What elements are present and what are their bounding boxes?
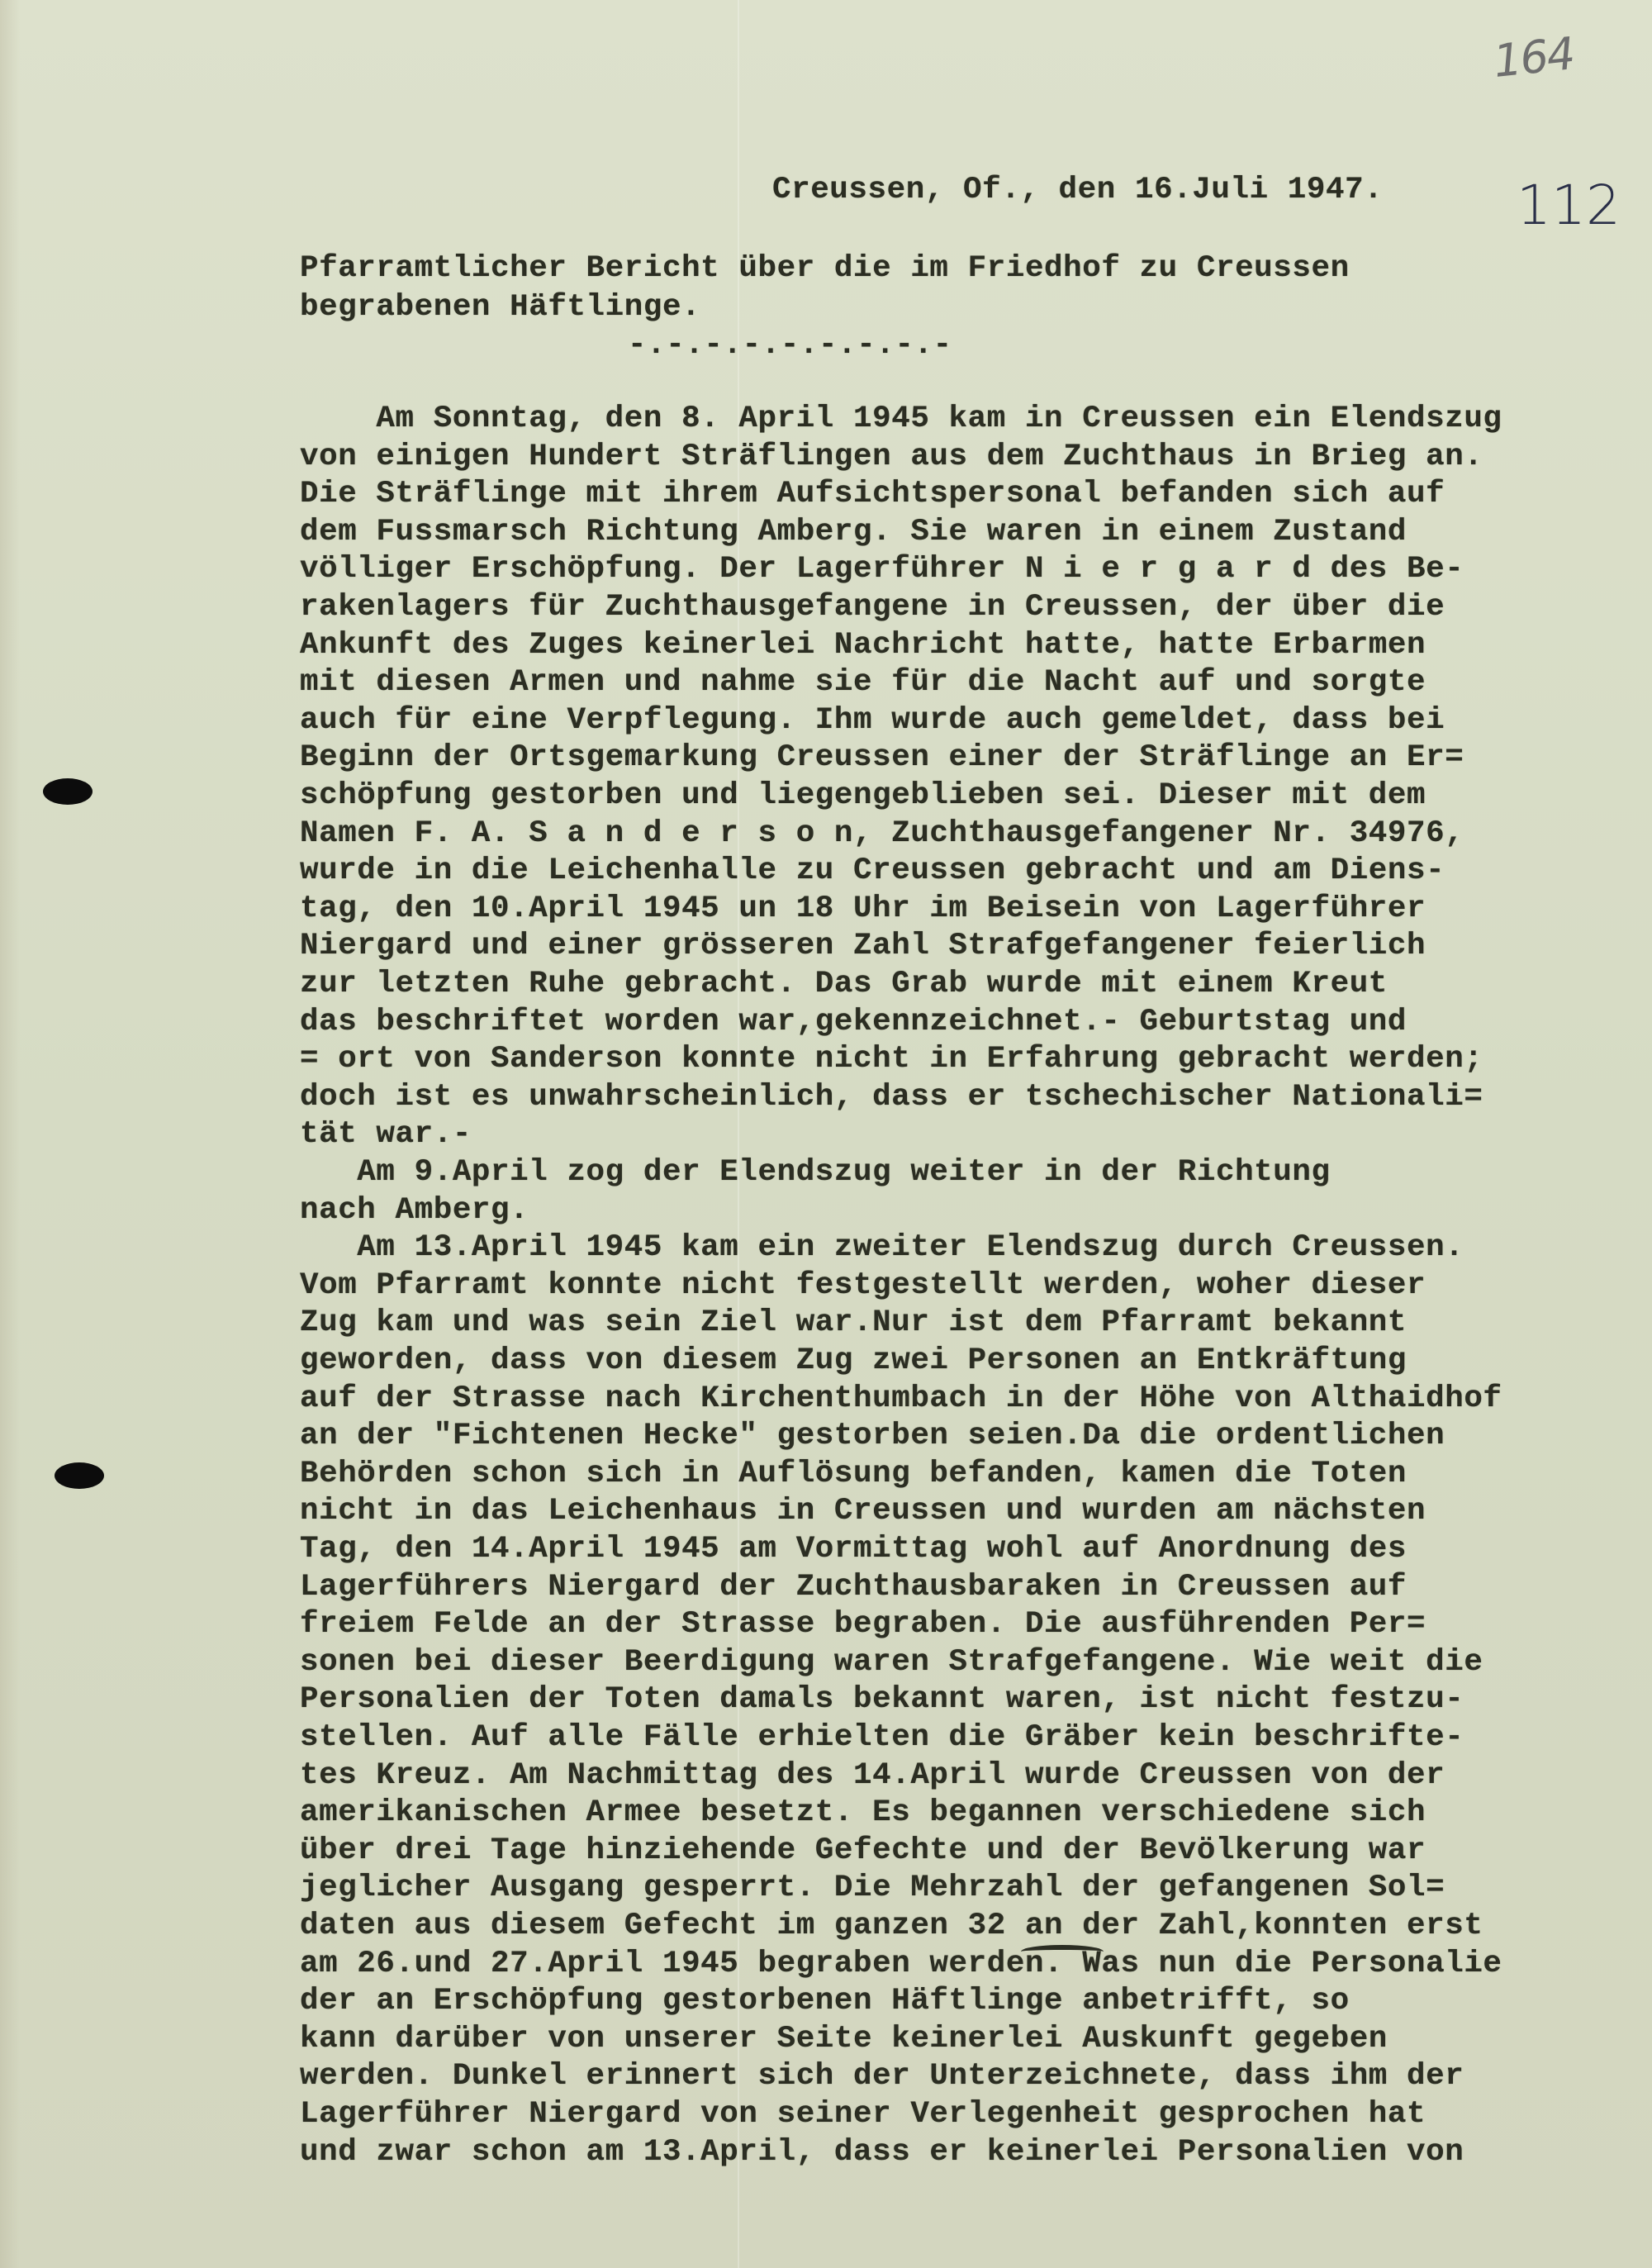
body-line: jeglicher Ausgang gesperrt. Die Mehrzahl… bbox=[300, 1870, 1445, 1906]
body-line: über drei Tage hinziehende Gefechte und … bbox=[300, 1833, 1426, 1869]
body-line: nicht in das Leichenhaus in Creussen und… bbox=[300, 1493, 1426, 1529]
handwritten-underline-mark bbox=[1021, 1945, 1104, 1958]
body-line: Zug kam und was sein Ziel war.Nur ist de… bbox=[300, 1305, 1407, 1341]
body-line: geworden, dass von diesem Zug zwei Perso… bbox=[300, 1343, 1407, 1379]
body-line: auf der Strasse nach Kirchenthumbach in … bbox=[300, 1381, 1502, 1417]
punch-hole-bottom bbox=[55, 1462, 104, 1489]
body-line: tät war.- bbox=[300, 1116, 472, 1153]
body-line: wurde in die Leichenhalle zu Creussen ge… bbox=[300, 853, 1445, 889]
body-line: Am Sonntag, den 8. April 1945 kam in Cre… bbox=[300, 401, 1502, 437]
body-line: Ankunft des Zuges keinerlei Nachricht ha… bbox=[300, 627, 1426, 663]
body-line: stellen. Auf alle Fälle erhielten die Gr… bbox=[300, 1719, 1464, 1756]
body-line: am 26.und 27.April 1945 begraben werden.… bbox=[300, 1946, 1502, 1982]
body-line: dem Fussmarsch Richtung Amberg. Sie ware… bbox=[300, 514, 1407, 550]
body-line: Beginn der Ortsgemarkung Creussen einer … bbox=[300, 739, 1464, 776]
body-line: Vom Pfarramt konnte nicht festgestellt w… bbox=[300, 1267, 1426, 1304]
body-line: nach Amberg. bbox=[300, 1192, 529, 1229]
body-line: der an Erschöpfung gestorbenen Häftlinge… bbox=[300, 1983, 1350, 2019]
body-line: sonen bei dieser Beerdigung waren Strafg… bbox=[300, 1644, 1483, 1681]
body-line: tag, den 10.April 1945 un 18 Uhr im Beis… bbox=[300, 891, 1426, 927]
body-line: Am 13.April 1945 kam ein zweiter Elendsz… bbox=[300, 1229, 1464, 1266]
body-line: das beschriftet worden war,gekennzeichne… bbox=[300, 1004, 1407, 1040]
body-line: Namen F. A. S a n d e r s o n, Zuchthaus… bbox=[300, 815, 1464, 852]
body-line: daten aus diesem Gefecht im ganzen 32 an… bbox=[300, 1908, 1483, 1944]
body-line: Niergard und einer grösseren Zahl Strafg… bbox=[300, 928, 1426, 964]
body-line: mit diesen Armen und nahme sie für die N… bbox=[300, 664, 1426, 701]
page-number: 112 bbox=[1517, 174, 1621, 237]
body-line: werden. Dunkel erinnert sich der Unterze… bbox=[300, 2058, 1464, 2094]
date-line: Creussen, Of., den 16.Juli 1947. bbox=[772, 172, 1383, 208]
body-line: doch ist es unwahrscheinlich, dass er ts… bbox=[300, 1079, 1483, 1115]
body-line: tes Kreuz. Am Nachmittag des 14.April wu… bbox=[300, 1757, 1445, 1794]
body-line: und zwar schon am 13.April, dass er kein… bbox=[300, 2134, 1464, 2171]
body-line: völliger Erschöpfung. Der Lagerführer N … bbox=[300, 551, 1464, 587]
body-line: schöpfung gestorben und liegengeblieben … bbox=[300, 777, 1426, 814]
body-line: Behörden schon sich in Auflösung befande… bbox=[300, 1456, 1407, 1492]
body-line: Lagerführers Niergard der Zuchthausbarak… bbox=[300, 1569, 1407, 1605]
body-line: Am 9.April zog der Elendszug weiter in d… bbox=[300, 1154, 1331, 1191]
body-line: Lagerführer Niergard von seiner Verlegen… bbox=[300, 2096, 1426, 2132]
body-line: amerikanischen Armee besetzt. Es beganne… bbox=[300, 1795, 1426, 1831]
body-line: kann darüber von unserer Seite keinerlei… bbox=[300, 2021, 1388, 2057]
separator: -.-.-.-.-.-.-.-.- bbox=[628, 327, 952, 364]
body-line: freiem Felde an der Strasse begraben. Di… bbox=[300, 1606, 1426, 1643]
punch-hole-top bbox=[43, 778, 93, 805]
body-line: rakenlagers für Zuchthausgefangene in Cr… bbox=[300, 589, 1445, 625]
body-line: = ort von Sanderson konnte nicht in Erfa… bbox=[300, 1041, 1483, 1077]
body-line: an der "Fichtenen Hecke" gestorben seien… bbox=[300, 1418, 1445, 1454]
body-line: auch für eine Verpflegung. Ihm wurde auc… bbox=[300, 702, 1445, 739]
body-line: Tag, den 14.April 1945 am Vormittag wohl… bbox=[300, 1531, 1407, 1567]
archive-number: 164 bbox=[1491, 27, 1576, 88]
body-line: Die Sträflinge mit ihrem Aufsichtsperson… bbox=[300, 476, 1445, 512]
body-line: von einigen Hundert Sträflingen aus dem … bbox=[300, 439, 1483, 475]
body-line: zur letzten Ruhe gebracht. Das Grab wurd… bbox=[300, 966, 1388, 1002]
title-line-1: Pfarramtlicher Bericht über die im Fried… bbox=[300, 250, 1350, 287]
body-line: Personalien der Toten damals bekannt war… bbox=[300, 1681, 1464, 1718]
title-line-2: begrabenen Häftlinge. bbox=[300, 289, 700, 326]
